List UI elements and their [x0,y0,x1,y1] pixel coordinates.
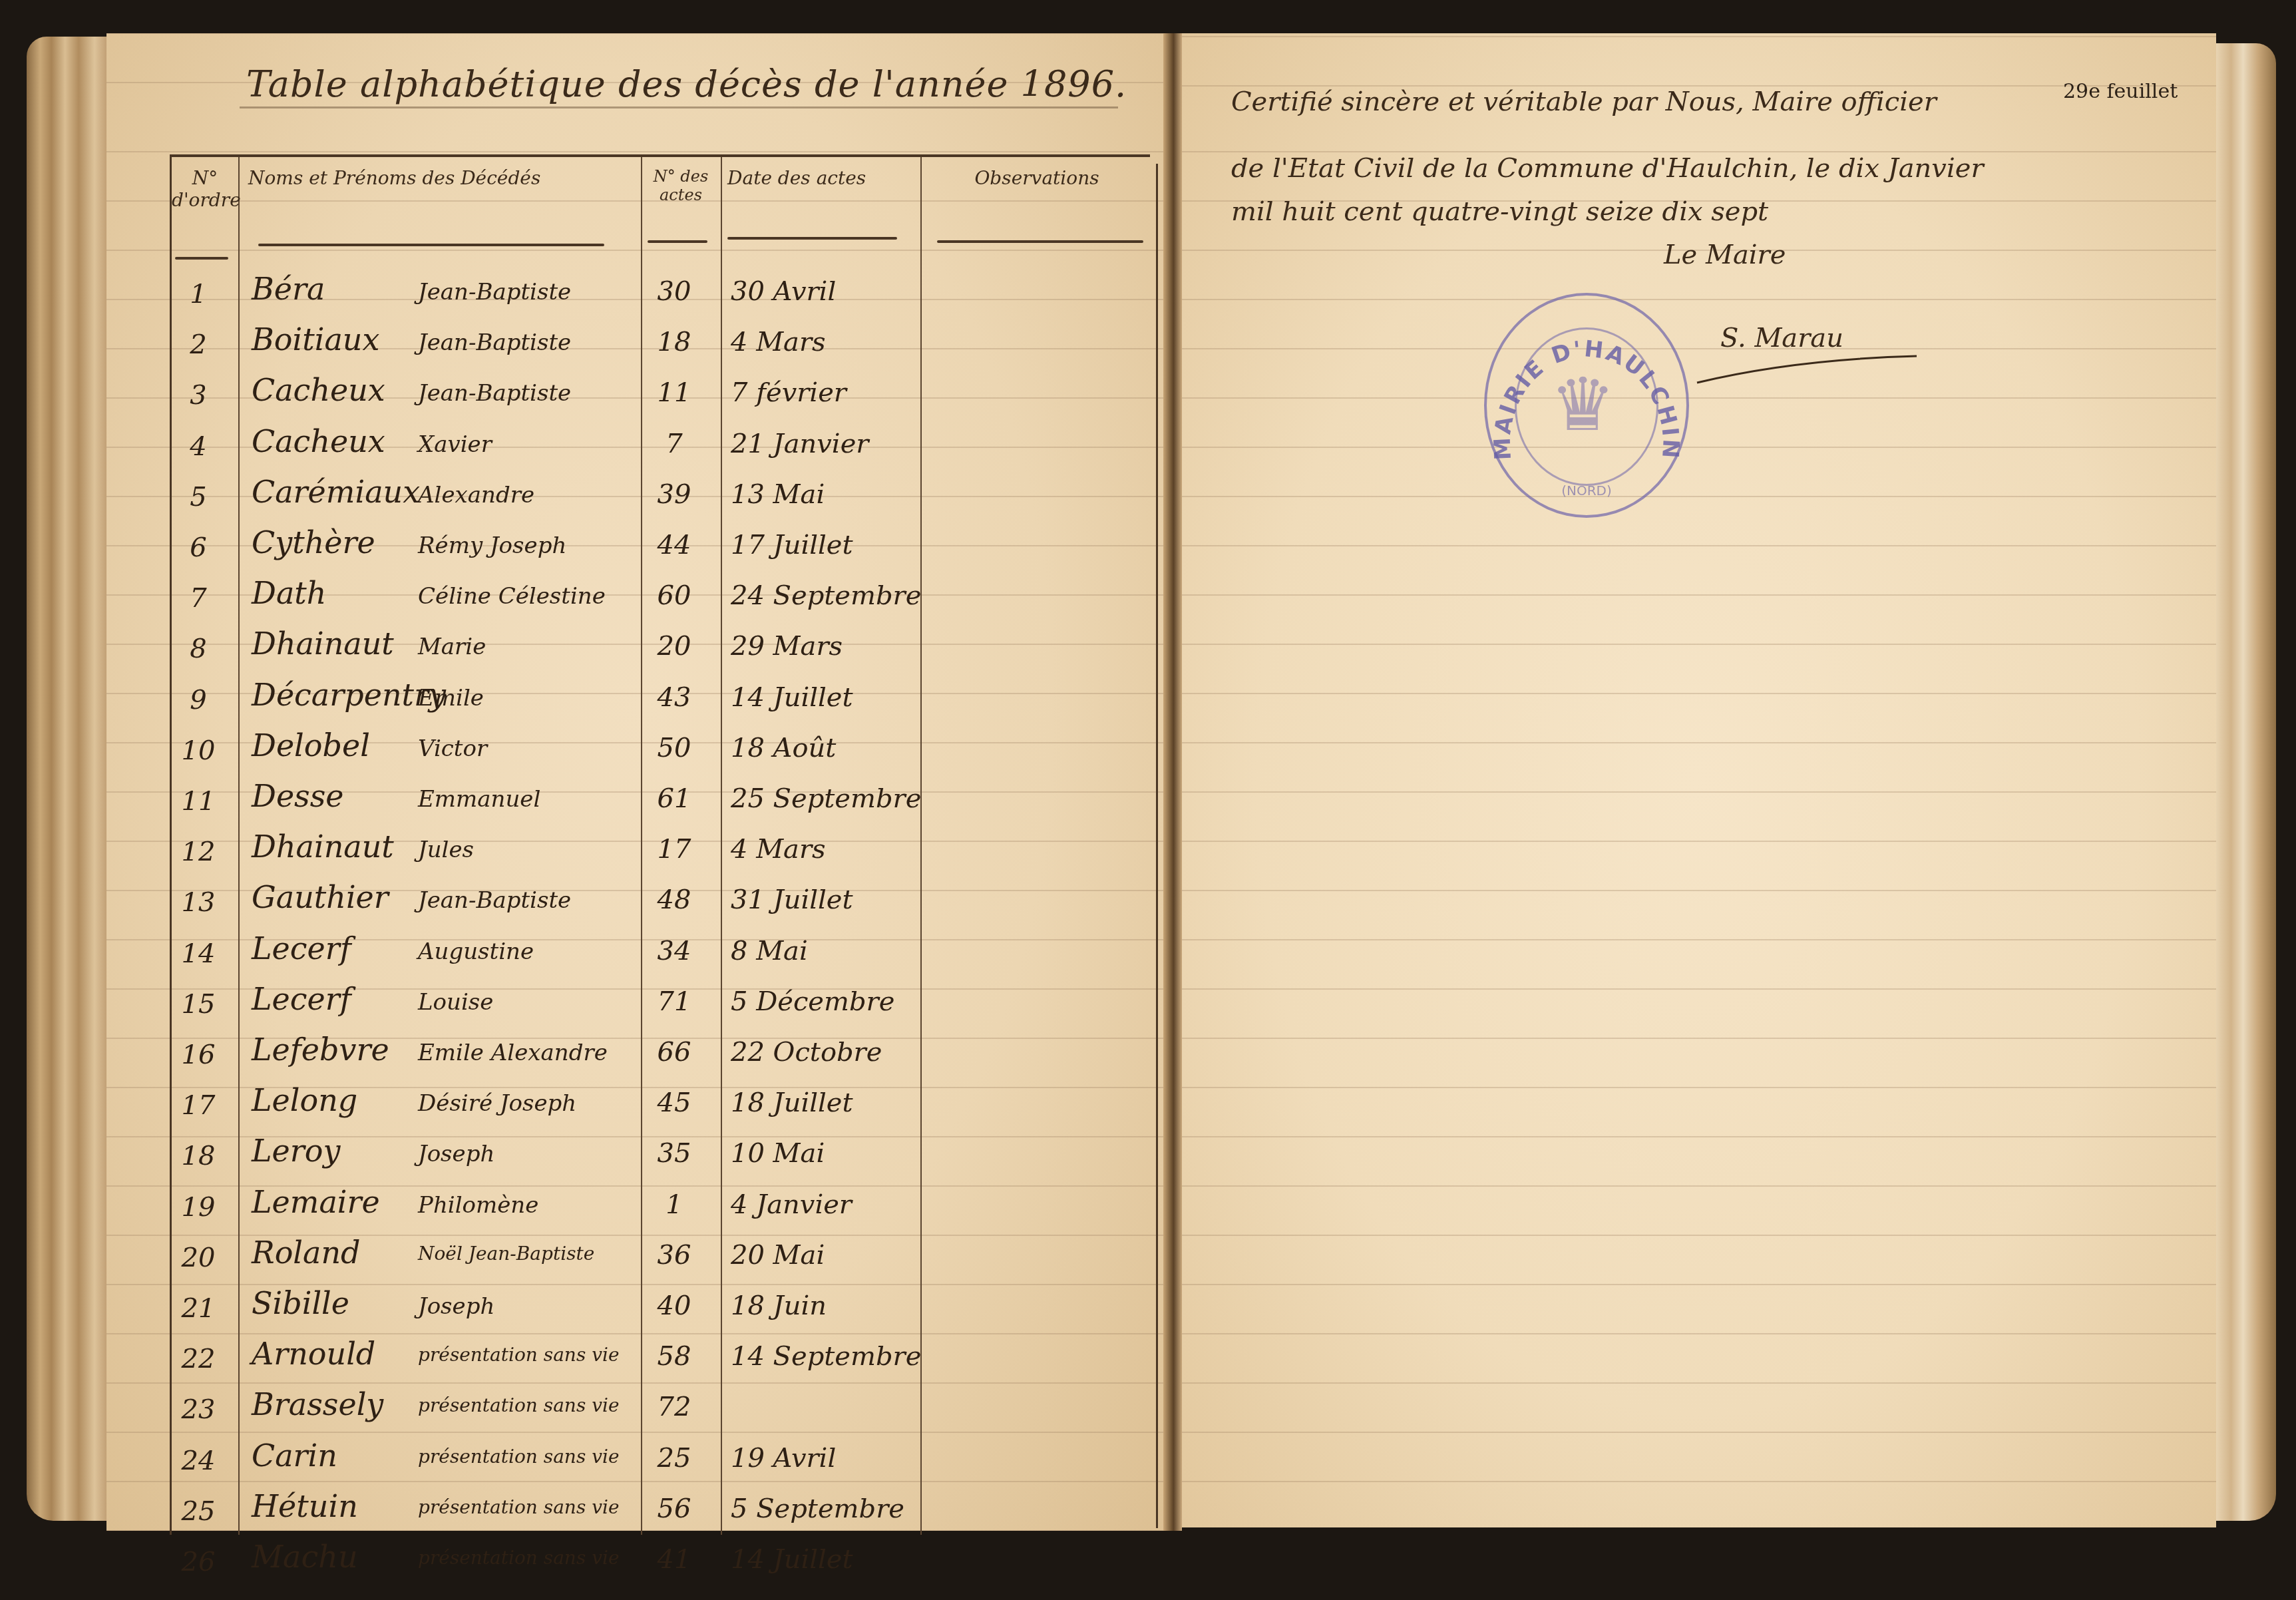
acte-number: 61 [638,783,711,814]
surname: Lelong [252,1082,357,1118]
row-number: 16 [172,1040,225,1070]
acte-date: 21 Janvier [731,429,868,459]
table-row: 5CarémiauxAlexandre3913 Mai [172,470,1150,520]
row-number: 20 [172,1243,225,1273]
row-number: 8 [172,634,225,664]
acte-number: 17 [638,834,711,865]
table-row: 11DesseEmmanuel6125 Septembre [172,774,1150,825]
surname: Dhainaut [252,626,394,662]
acte-date: 4 Mars [731,834,826,865]
acte-number: 50 [638,733,711,763]
surname: Lecerf [252,930,351,966]
header-actes: N° des actes [641,167,721,204]
surname: Lecerf [252,981,351,1017]
given-names: présentation sans vie [418,1344,620,1366]
acte-number: 25 [638,1443,711,1474]
municipal-stamp: ♛ MAIRIE D'HAULCHIN (NORD) [1484,293,1689,518]
acte-number: 30 [638,276,711,307]
given-names: Jules [418,837,474,863]
svg-text:(NORD): (NORD) [1561,483,1612,499]
acte-date: 8 Mai [731,936,808,966]
surname: Hétuin [252,1488,358,1524]
acte-number: 71 [638,986,711,1017]
row-number: 1 [172,279,225,309]
acte-date: 5 Décembre [731,986,894,1017]
table-row: 2BoitiauxJean-Baptiste184 Mars [172,317,1150,368]
acte-date: 7 février [731,377,847,408]
row-number: 21 [172,1293,225,1324]
header-rule [937,240,1143,243]
row-number: 18 [172,1141,225,1171]
given-names: présentation sans vie [418,1496,620,1518]
row-number: 6 [172,532,225,563]
surname: Brassely [252,1386,383,1422]
header-noms: Noms et Prénoms des Décédés [248,167,621,189]
svg-text:MAIRIE D'HAULCHIN: MAIRIE D'HAULCHIN [1489,335,1684,461]
row-number: 25 [172,1496,225,1527]
certification-line-3: mil huit cent quatre-vingt seize dix sep… [1231,196,1768,227]
register-book: Table alphabétique des décès de l'année … [0,0,2296,1600]
acte-number: 66 [638,1037,711,1068]
acte-number: 44 [638,530,711,560]
table-row: 24Carinprésentation sans vie2519 Avril [172,1434,1150,1484]
acte-number: 36 [638,1240,711,1271]
table-row: 25Hétuinprésentation sans vie565 Septemb… [172,1484,1150,1535]
header-date: Date des actes [727,167,914,189]
row-number: 22 [172,1344,225,1374]
table-row: 20RolandNoël Jean-Baptiste3620 Mai [172,1231,1150,1281]
certification-line-1: Certifié sincère et véritable par Nous, … [1231,87,1937,117]
surname: Cacheux [252,423,385,459]
acte-date: 20 Mai [731,1240,825,1271]
acte-number: 60 [638,580,711,611]
surname: Dath [252,575,326,611]
acte-number: 58 [638,1341,711,1372]
given-names: présentation sans vie [418,1446,620,1468]
acte-date: 24 Septembre [731,580,921,611]
header-rule [175,257,228,260]
given-names: Emile Alexandre [418,1040,608,1066]
table-row: 23Brasselyprésentation sans vie72 [172,1382,1150,1433]
given-names: Alexandre [418,482,534,508]
surname: Béra [252,271,325,307]
acte-date: 10 Mai [731,1138,825,1169]
given-names: Céline Célestine [418,583,606,610]
table-row: 3CacheuxJean-Baptiste117 février [172,368,1150,419]
acte-number: 11 [638,377,711,408]
given-names: Emmanuel [418,786,540,813]
row-number: 15 [172,989,225,1020]
row-number: 14 [172,938,225,969]
given-names: Jean-Baptiste [418,887,571,914]
acte-date: 30 Avril [731,276,836,307]
signature-flourish [1694,346,1920,386]
row-number: 3 [172,380,225,411]
row-number: 24 [172,1446,225,1476]
given-names: Jean-Baptiste [418,380,571,407]
given-names: présentation sans vie [418,1394,620,1416]
table-row: 7DathCéline Célestine6024 Septembre [172,571,1150,622]
table-row: 4CacheuxXavier721 Janvier [172,419,1150,470]
folio-number: 29e feuillet [2063,80,2178,103]
table-row: 6CythèreRémy Joseph4417 Juillet [172,520,1150,571]
right-page-stack [2216,43,2276,1521]
acte-date: 29 Mars [731,631,843,662]
surname: Roland [252,1235,361,1271]
surname: Dhainaut [252,829,394,865]
title-underline [240,106,1118,108]
surname: Lemaire [252,1184,380,1220]
surname: Sibille [252,1285,349,1321]
book-gutter [1163,33,1182,1531]
surname: Décarpentry [252,677,446,713]
table-row: 17LelongDésiré Joseph4518 Juillet [172,1078,1150,1129]
acte-number: 72 [638,1392,711,1422]
given-names: Emile [418,685,484,711]
surname: Gauthier [252,879,389,915]
acte-number: 48 [638,885,711,915]
surname: Boitiaux [252,321,379,357]
death-register-table: N° d'ordre Noms et Prénoms des Décédés N… [170,154,1150,1535]
row-number: 2 [172,329,225,360]
given-names: Marie [418,634,486,660]
stamp-text: MAIRIE D'HAULCHIN (NORD) [1487,296,1686,515]
row-number: 12 [172,837,225,867]
acte-date: 4 Janvier [731,1189,852,1220]
given-names: Noël Jean-Baptiste [418,1243,594,1265]
acte-date: 18 Juin [731,1291,827,1321]
header-rule [648,240,707,243]
acte-date: 17 Juillet [731,530,853,560]
certification-line-2: de l'Etat Civil de la Commune d'Haulchin… [1231,153,1984,184]
given-names: Xavier [418,431,492,458]
acte-date: 14 Juillet [731,682,853,713]
table-row: 22Arnouldprésentation sans vie5814 Septe… [172,1332,1150,1382]
table-row: 12DhainautJules174 Mars [172,825,1150,875]
row-number: 7 [172,583,225,614]
acte-number: 39 [638,479,711,510]
surname: Carin [252,1438,337,1474]
table-row: 1BéraJean-Baptiste3030 Avril [172,267,1150,317]
acte-date: 19 Avril [731,1443,836,1474]
header-ordre: N° d'ordre [172,167,238,211]
acte-number: 43 [638,682,711,713]
header-observations: Observations [944,167,1130,189]
given-names: Rémy Joseph [418,532,566,559]
row-number: 17 [172,1090,225,1121]
surname: Machu [252,1539,358,1575]
page-title: Table alphabétique des décès de l'année … [246,63,1127,105]
table-row: 15LecerfLouise715 Décembre [172,977,1150,1028]
acte-number: 45 [638,1088,711,1118]
acte-date: 5 Septembre [731,1494,904,1524]
header-rule [727,237,897,240]
row-number: 26 [172,1547,225,1577]
acte-number: 20 [638,631,711,662]
table-row: 16LefebvreEmile Alexandre6622 Octobre [172,1028,1150,1078]
given-names: Joseph [418,1293,494,1320]
acte-date: 13 Mai [731,479,825,510]
given-names: Jean-Baptiste [418,279,571,305]
surname: Delobel [252,727,370,763]
given-names: Louise [418,989,493,1016]
row-number: 10 [172,735,225,766]
given-names: Philomène [418,1192,538,1219]
mayor-title: Le Maire [1664,240,1786,270]
acte-number: 41 [638,1544,711,1575]
table-row: 9DécarpentryEmile4314 Juillet [172,673,1150,723]
acte-date: 18 Août [731,733,836,763]
row-number: 13 [172,887,225,918]
surname: Carémiaux [252,474,420,510]
acte-date: 14 Juillet [731,1544,853,1575]
acte-number: 1 [638,1189,711,1220]
table-row: 10DelobelVictor5018 Août [172,723,1150,774]
surname: Leroy [252,1133,340,1169]
acte-number: 56 [638,1494,711,1524]
acte-number: 40 [638,1291,711,1321]
table-row: 14LecerfAugustine348 Mai [172,926,1150,977]
table-row: 8DhainautMarie2029 Mars [172,622,1150,672]
surname: Desse [252,778,344,814]
surname: Cacheux [252,372,385,408]
acte-number: 34 [638,936,711,966]
given-names: Victor [418,735,487,762]
header-rule [258,244,604,246]
given-names: Joseph [418,1141,494,1167]
given-names: Augustine [418,938,534,965]
given-names: Jean-Baptiste [418,329,571,356]
table-row: 19LemairePhilomène14 Janvier [172,1180,1150,1231]
row-number: 19 [172,1192,225,1223]
table-row: 13GauthierJean-Baptiste4831 Juillet [172,875,1150,926]
given-names: Désiré Joseph [418,1090,576,1117]
table-border-right [1156,164,1158,1528]
row-number: 4 [172,431,225,462]
table-row: 26Machuprésentation sans vie4114 Juillet [172,1535,1150,1585]
given-names: présentation sans vie [418,1547,620,1569]
acte-number: 18 [638,327,711,357]
row-number: 5 [172,482,225,512]
acte-number: 35 [638,1138,711,1169]
surname: Lefebvre [252,1032,389,1068]
acte-date: 18 Juillet [731,1088,853,1118]
table-row: 21SibilleJoseph4018 Juin [172,1281,1150,1332]
row-number: 9 [172,685,225,715]
acte-date: 31 Juillet [731,885,853,915]
acte-date: 14 Septembre [731,1341,921,1372]
row-number: 23 [172,1394,225,1425]
acte-number: 7 [638,429,711,459]
acte-date: 25 Septembre [731,783,921,814]
acte-date: 4 Mars [731,327,826,357]
acte-date: 22 Octobre [731,1037,882,1068]
surname: Cythère [252,524,375,560]
table-row: 18LeroyJoseph3510 Mai [172,1129,1150,1179]
row-number: 11 [172,786,225,817]
surname: Arnould [252,1336,375,1372]
